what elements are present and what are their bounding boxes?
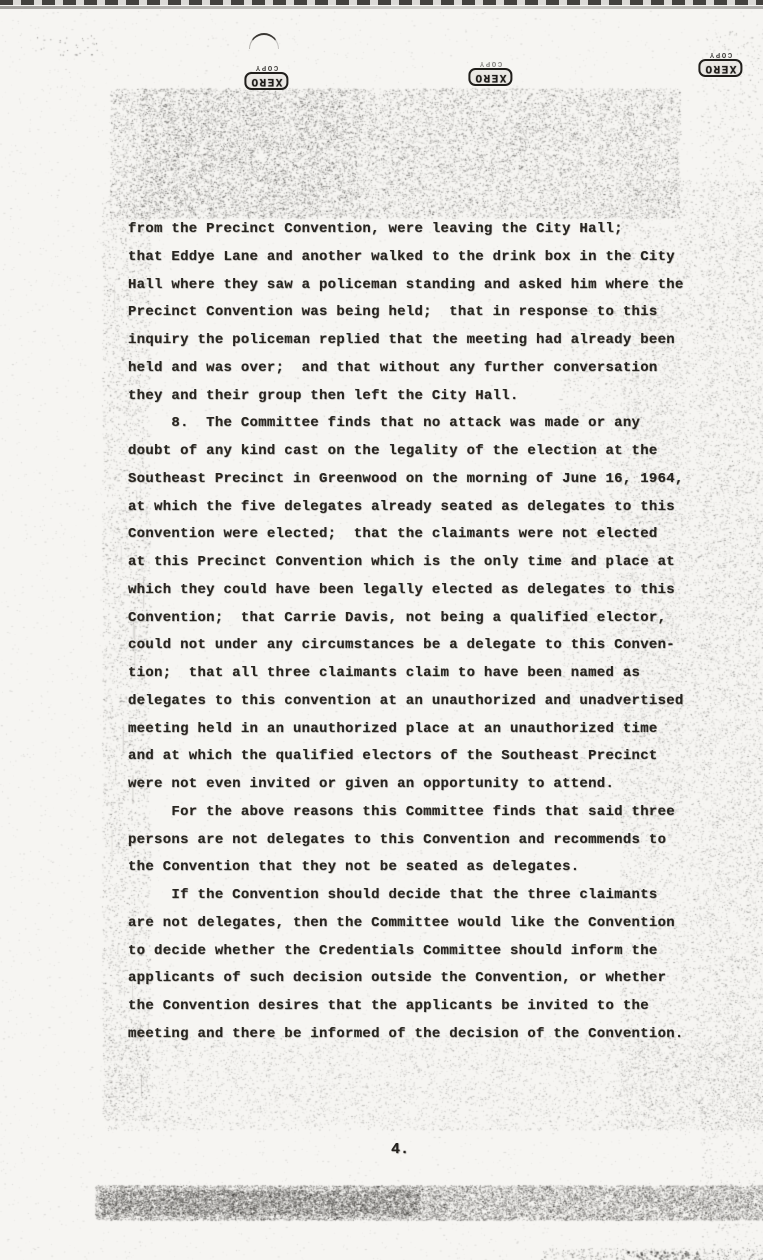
document-body: from the Precinct Convention, were leavi… [128, 216, 688, 1049]
text-line: at which the five delegates already seat… [128, 494, 688, 522]
text-line: the Convention that they not be seated a… [128, 854, 688, 882]
text-line: to decide whether the Credentials Commit… [128, 938, 688, 966]
text-line: the Convention desires that the applican… [128, 993, 688, 1021]
copy-stamp-label: COPY [478, 59, 502, 67]
text-line: meeting held in an unauthorized place at… [128, 716, 688, 744]
xero-copy-stamp: XERO COPY [468, 59, 512, 86]
text-line: and at which the qualified electors of t… [128, 743, 688, 771]
text-line: Precinct Convention was being held; that… [128, 299, 688, 327]
copy-stamp-label: COPY [708, 50, 732, 58]
text-line: Southeast Precinct in Greenwood on the m… [128, 466, 688, 494]
text-line: which they could have been legally elect… [128, 577, 688, 605]
copy-stamp-label: COPY [254, 63, 278, 71]
text-line: at this Precinct Convention which is the… [128, 549, 688, 577]
text-line: inquiry the policeman replied that the m… [128, 327, 688, 355]
scanner-edge-shadow [0, 6, 763, 9]
text-line: Convention were elected; that the claima… [128, 521, 688, 549]
text-line: could not under any circumstances be a d… [128, 632, 688, 660]
text-line: tion; that all three claimants claim to … [128, 660, 688, 688]
text-line: persons are not delegates to this Conven… [128, 827, 688, 855]
page-number: 4. [391, 1141, 409, 1158]
text-line: are not delegates, then the Committee wo… [128, 910, 688, 938]
text-line: they and their group then left the City … [128, 383, 688, 411]
xero-stamp-label: XERO [698, 59, 742, 77]
text-line: Convention; that Carrie Davis, not being… [128, 605, 688, 633]
scanned-document-page: { "page": { "number_label": "4.", "stamp… [0, 0, 763, 1260]
xero-stamp-label: XERO [244, 72, 288, 90]
text-line: If the Convention should decide that the… [128, 882, 688, 910]
text-line: delegates to this convention at an unaut… [128, 688, 688, 716]
text-line: Hall where they saw a policeman standing… [128, 272, 688, 300]
text-line: meeting and there be informed of the dec… [128, 1021, 688, 1049]
text-line: held and was over; and that without any … [128, 355, 688, 383]
text-line: 8. The Committee finds that no attack wa… [128, 410, 688, 438]
xero-copy-stamp: XERO COPY [698, 50, 742, 77]
text-line: that Eddye Lane and another walked to th… [128, 244, 688, 272]
xero-copy-stamp: XERO COPY [244, 63, 288, 90]
text-line: applicants of such decision outside the … [128, 965, 688, 993]
text-line: from the Precinct Convention, were leavi… [128, 216, 688, 244]
xero-stamp-label: XERO [468, 68, 512, 86]
scanner-edge-line [0, 0, 763, 5]
text-line: were not even invited or given an opport… [128, 771, 688, 799]
text-line: doubt of any kind cast on the legality o… [128, 438, 688, 466]
text-line: For the above reasons this Committee fin… [128, 799, 688, 827]
